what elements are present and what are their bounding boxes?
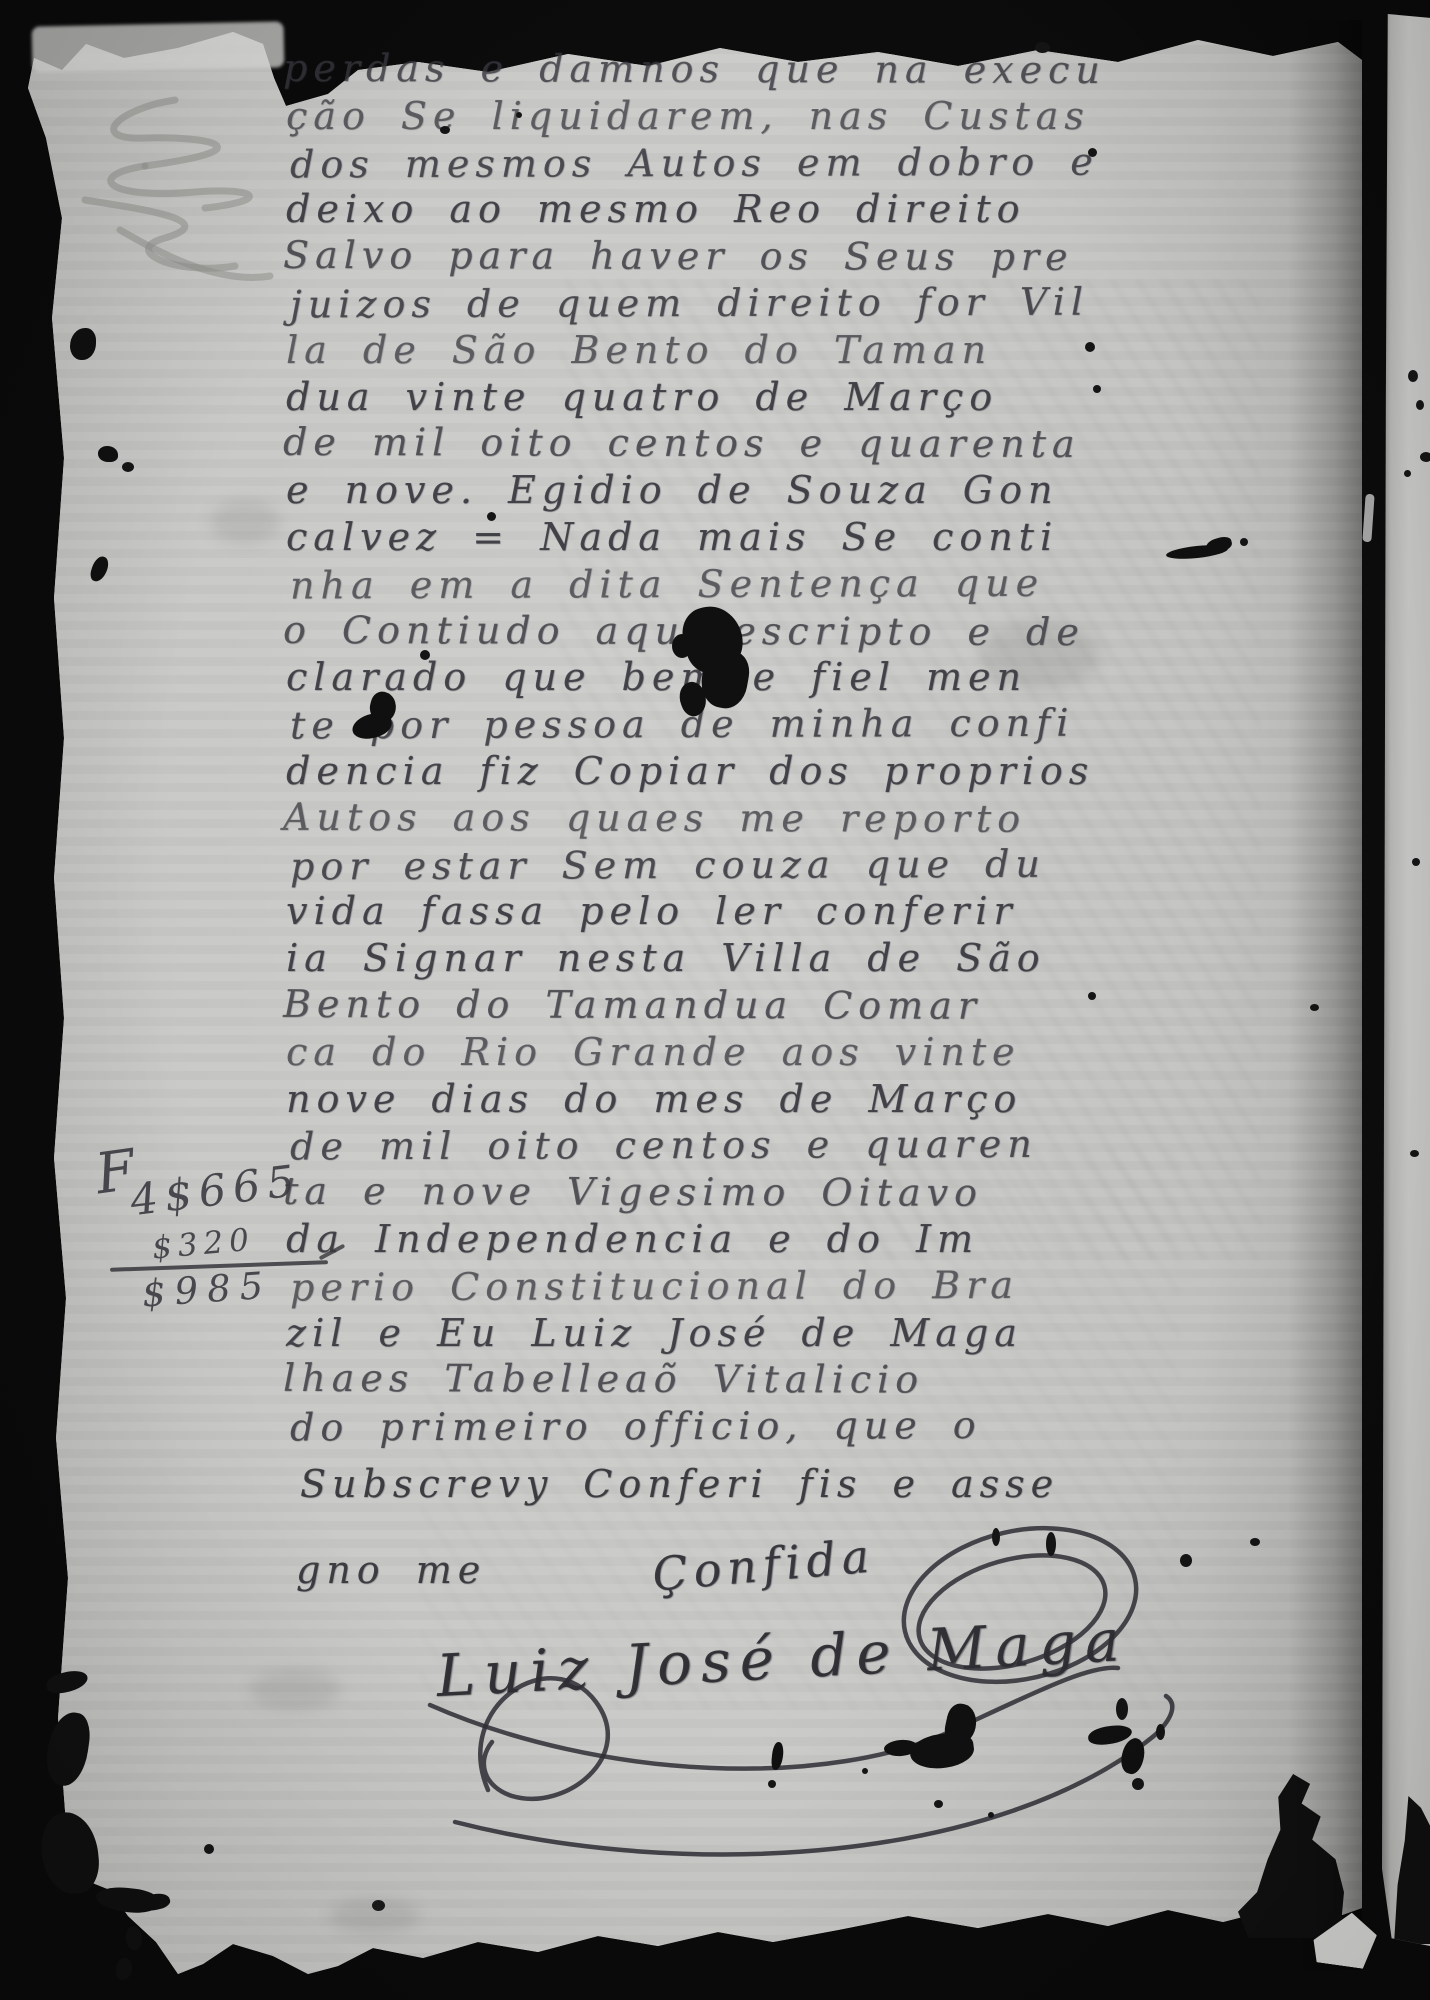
ink-blot [1035,42,1050,53]
manuscript-line: Salvo para haver os Seus pre [283,232,1113,281]
manuscript-line: dua vinte quatro de Março [286,374,1116,421]
ink-blot [487,512,496,521]
manuscript-line: calvez = Nada mais Se conti [286,514,1116,561]
ink-blot [1180,1554,1192,1567]
ink-blot [1420,452,1430,462]
ink-blot [1412,858,1420,866]
manuscript-line: da Independencia e do Im [286,1216,1116,1263]
ink-blot [204,1844,214,1854]
manuscript-text: perdas e damnos que na execução Se liqui… [286,46,1116,1450]
ink-blot [1394,1796,1430,1944]
manuscript-line: de mil oito centos e quarenta [283,419,1113,468]
ink-blot [884,1704,1000,1776]
ink-blot [934,1800,943,1808]
stain [250,1670,340,1710]
ink-blot [1093,385,1101,393]
manuscript-line: Subscrevy Conferi fis e asse [300,1462,1059,1506]
margin-amount-sum: $985 [141,1264,274,1316]
stain [330,1898,420,1934]
stain [980,620,1100,690]
ink-blot [1408,370,1418,382]
manuscript-line: ca do Rio Grande aos vinte [286,1029,1116,1076]
ink-blot [1088,148,1097,157]
manuscript-line: de mil oito centos e quaren [290,1121,1120,1171]
manuscript-line: deixo ao mesmo Reo direito [286,186,1116,233]
gutter-crease-highlight [1362,494,1374,543]
manuscript-line: ta e nove Vigesimo Oitavo [283,1168,1113,1217]
manuscript-line: dencia fiz Copiar dos proprios [286,748,1116,795]
ink-blot [672,606,758,718]
ink-blot [1088,1698,1172,1794]
ink-blot [992,1528,1000,1546]
ink-blot [98,446,118,462]
ink-blot [1250,1538,1260,1546]
manuscript-line: zil e Eu Luiz José de Maga [286,1310,1116,1357]
manuscript-line: dos mesmos Autos em dobro e [290,138,1120,188]
ink-blot [862,1768,868,1774]
ink-blot [116,1958,132,1980]
stain [210,500,280,544]
manuscript-line: la de São Bento do Taman [286,327,1116,374]
manuscript-line: ção Se liquidarem, nas Custas [286,93,1116,140]
ink-blot [1085,342,1095,352]
manuscript-line: juizos de quem direito for Vil [290,279,1120,329]
manuscript-line: e nove. Egidio de Souza Gon [286,467,1116,514]
manuscript-line: do primeiro officio, que o [290,1402,1120,1452]
adjacent-page [1382,14,1430,1946]
ink-blot [988,1812,994,1818]
manuscript-line: lhaes Tabelleaõ Vitalicio [283,1355,1113,1404]
ink-blot [122,462,134,472]
manuscript-line: Bento do Tamandua Comar [283,981,1113,1030]
ink-blot [126,1926,142,1950]
ink-blot [1410,1150,1419,1157]
scanned-manuscript-scene: perdas e damnos que na execução Se liqui… [0,0,1430,2000]
manuscript-line: perdas e damnos que na execu [283,45,1113,94]
manuscript-line: Autos aos quaes me reporto [283,794,1113,843]
ink-blot [1166,534,1252,564]
manuscript-line: gno me [296,1548,486,1592]
manuscript-line: nove dias do mes de Março [286,1076,1116,1123]
manuscript-line: perio Constitucional do Bra [290,1261,1120,1311]
manuscript-line: ia Signar nesta Villa de São [286,935,1116,982]
ink-blot [352,692,412,744]
ink-blot [1088,992,1096,1000]
ink-blot [516,112,522,118]
ink-blot [768,1780,776,1788]
ink-blot [420,650,430,660]
ink-blot [1416,400,1424,410]
manuscript-line: por estar Sem couza que du [290,840,1120,890]
ink-blot [1404,470,1411,477]
ink-blot [1046,1532,1056,1556]
manuscript-line: vida fassa pelo ler conferir [286,888,1116,935]
ink-blot [1310,1004,1319,1011]
manuscript-line: nha em a dita Sentença que [290,559,1120,609]
ink-blot [440,126,450,134]
